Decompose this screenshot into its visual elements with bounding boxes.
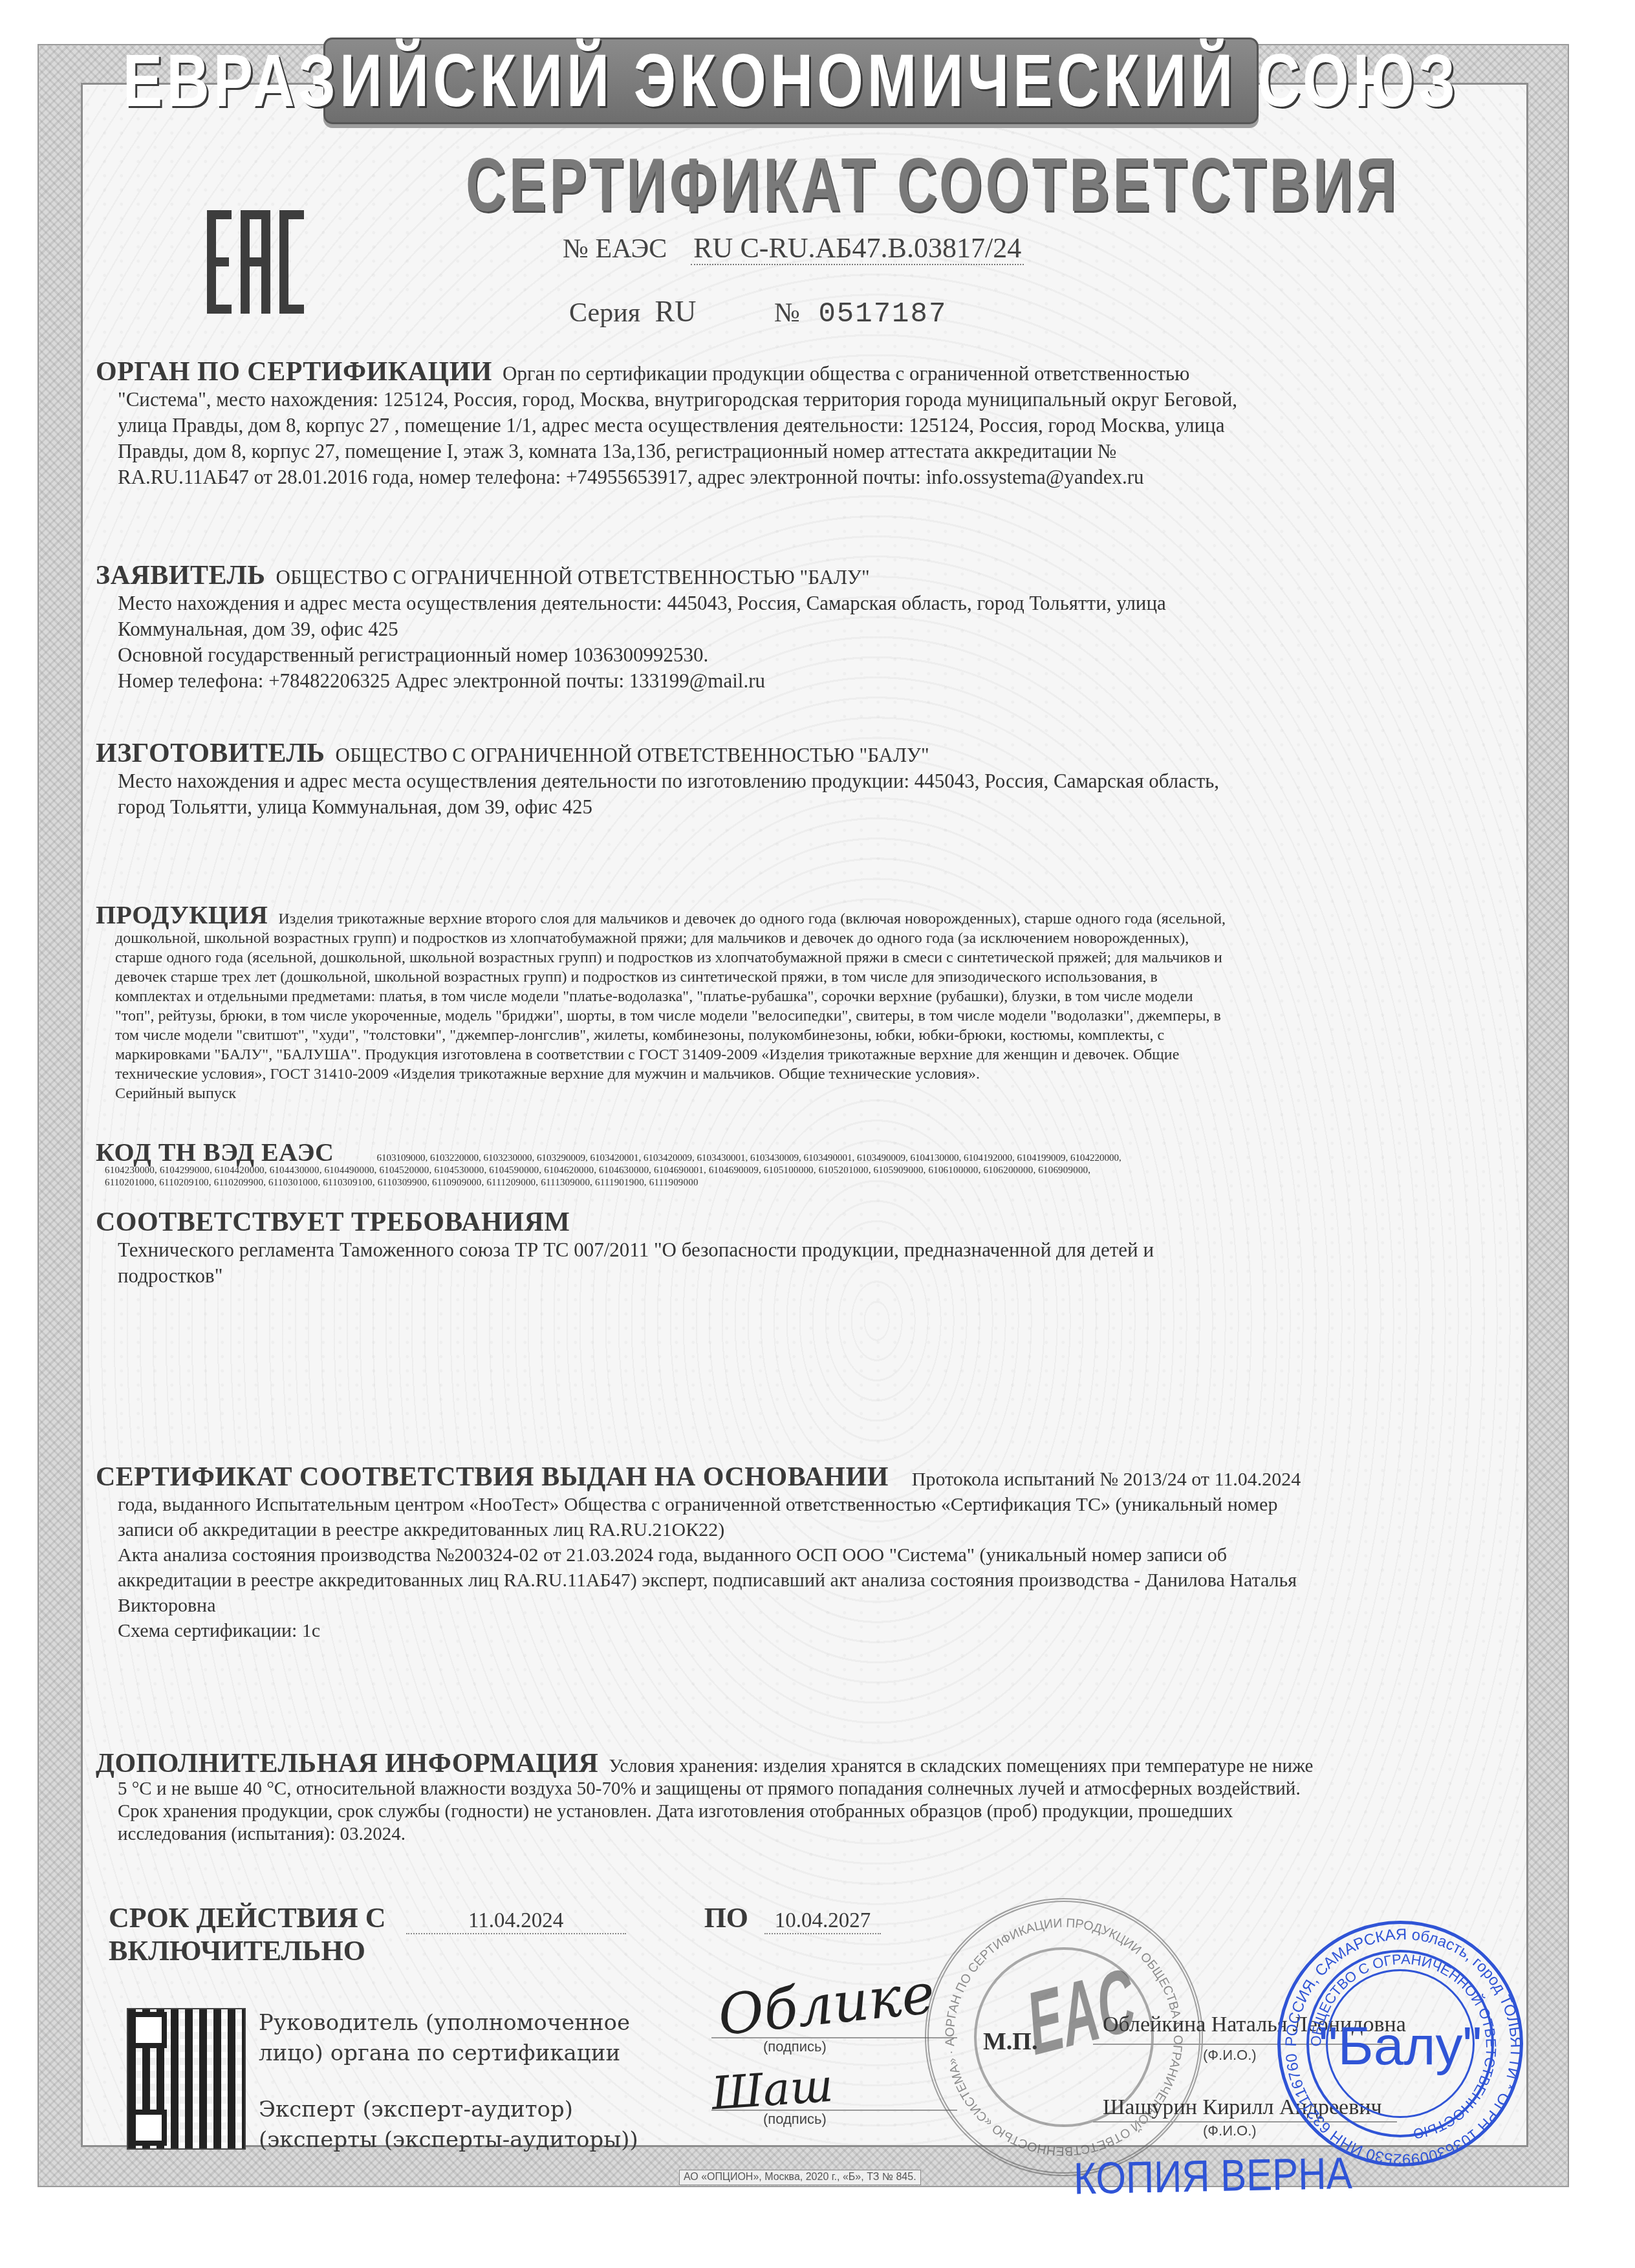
section-text: дошкольной, школьной возрастных групп) и… — [115, 929, 1493, 948]
section-manufacturer: ИЗГОТОВИТЕЛЬОБЩЕСТВО С ОГРАНИЧЕННОЙ ОТВЕ… — [96, 740, 1493, 820]
section-heading: СЕРТИФИКАТ СООТВЕТСТВИЯ ВЫДАН НА ОСНОВАН… — [96, 1462, 889, 1492]
section-text: Орган по сертификации продукции общества… — [503, 362, 1189, 385]
section-text: Условия хранения: изделия хранятся в скл… — [609, 1756, 1313, 1777]
section-text: маркировками "БАЛУ", "БАЛУША". Продукция… — [115, 1045, 1493, 1064]
section-text: город Тольятти, улица Коммунальная, дом … — [118, 794, 1493, 820]
section-heading: ЗАЯВИТЕЛЬ — [96, 561, 266, 590]
printer-mark: АО «ОПЦИОН», Москва, 2020 г., «Б», ТЗ № … — [679, 2170, 921, 2185]
section-text: Коммунальная, дом 39, офис 425 — [118, 616, 1493, 642]
section-text: Схема сертификации: 1с — [118, 1618, 1493, 1643]
section-tnved-codes: КОД ТН ВЭД ЕАЭС6103109000, 6103220000, 6… — [96, 1146, 1493, 1189]
section-text: Основной государственный регистрационный… — [118, 642, 1493, 668]
validity-to-label: ПО — [704, 1902, 748, 1934]
signatory-labels: Руководитель (уполномоченное лицо) орган… — [259, 2008, 638, 2155]
section-text: записи об аккредитации в реестре аккреди… — [118, 1517, 1493, 1542]
section-text: Серийный выпуск — [115, 1084, 1493, 1103]
section-text: улица Правды, дом 8, корпус 27 , помещен… — [118, 413, 1493, 438]
section-text: подростков" — [118, 1263, 1493, 1289]
eac-mark-icon — [207, 210, 304, 314]
validity-from-label: СРОК ДЕЙСТВИЯ С — [109, 1902, 386, 1934]
section-text: ОБЩЕСТВО С ОГРАНИЧЕННОЙ ОТВЕТСТВЕННОСТЬЮ… — [276, 566, 870, 589]
section-text: Технического регламента Таможенного союз… — [118, 1237, 1493, 1263]
section-text: технические условия», ГОСТ 31410-2009 «И… — [115, 1064, 1493, 1084]
registration-number: RU C-RU.АБ47.В.03817/24 — [691, 232, 1024, 265]
section-text: Место нахождения и адрес места осуществл… — [118, 768, 1493, 794]
section-applicant: ЗАЯВИТЕЛЬОБЩЕСТВО С ОГРАНИЧЕННОЙ ОТВЕТСТ… — [96, 563, 1493, 694]
registration-prefix: № ЕАЭС — [563, 234, 667, 264]
section-text: Протокола испытаний № 2013/24 от 11.04.2… — [912, 1469, 1301, 1490]
section-text: комплектах и отдельными предметами: плат… — [115, 987, 1493, 1006]
section-text: Правды, дом 8, корпус 27, помещение I, э… — [118, 438, 1493, 464]
section-text: исследования (испытания): 03.2024. — [118, 1823, 1493, 1846]
section-text: "Система", место нахождения: 125124, Рос… — [118, 387, 1493, 413]
section-text: Викторовна — [118, 1593, 1493, 1618]
signature-line — [711, 2037, 957, 2038]
section-heading: ДОПОЛНИТЕЛЬНАЯ ИНФОРМАЦИЯ — [96, 1749, 598, 1778]
section-text: "топ", рейтузы, брюки, в том числе укоро… — [115, 1006, 1493, 1026]
head-label: Руководитель (уполномоченное — [259, 2008, 638, 2038]
series-label: Серия — [569, 298, 640, 328]
section-text: том числе модели "свитшот", "худи", "тол… — [115, 1026, 1493, 1045]
section-text: Место нахождения и адрес места осуществл… — [118, 590, 1493, 616]
series-row: Серия RU № 0517187 — [569, 294, 947, 330]
validity-to-date: 10.04.2027 — [764, 1909, 881, 1934]
section-text: старше одного года (ясельной, дошкольной… — [115, 948, 1493, 967]
section-text: аккредитации в реестре аккредитованных л… — [118, 1568, 1493, 1593]
section-certification-body: ОРГАН ПО СЕРТИФИКАЦИИОрган по сертификац… — [96, 359, 1493, 490]
union-banner: ЕВРАЗИЙСКИЙ ЭКОНОМИЧЕСКИЙ СОЮЗ — [323, 38, 1259, 124]
signature-caption: (подпись) — [763, 2038, 827, 2055]
signature-caption: (подпись) — [763, 2111, 827, 2128]
section-issued-basis: СЕРТИФИКАТ СООТВЕТСТВИЯ ВЫДАН НА ОСНОВАН… — [96, 1465, 1493, 1643]
section-text: Акта анализа состояния производства №200… — [118, 1542, 1493, 1568]
company-seal-name: "Балу" — [1281, 2014, 1520, 2077]
section-heading: ИЗГОТОВИТЕЛЬ — [96, 739, 325, 768]
section-text: ОБЩЕСТВО С ОГРАНИЧЕННОЙ ОТВЕТСТВЕННОСТЬЮ… — [336, 744, 929, 766]
signature-line — [711, 2110, 957, 2111]
union-title: ЕВРАЗИЙСКИЙ ЭКОНОМИЧЕСКИЙ СОЮЗ — [123, 38, 1459, 123]
name-caption: (Ф.И.О.) — [1203, 2047, 1257, 2064]
validity-period: СРОК ДЕЙСТВИЯ С 11.04.2024 ПО 10.04.2027… — [109, 1901, 881, 1967]
company-seal: РОССИЯ, САМАРСКАЯ область, город ТОЛЬЯТТ… — [1277, 1921, 1523, 2166]
expert-label: Эксперт (эксперт-аудитор) — [259, 2095, 638, 2125]
section-requirements: СООТВЕТСТВУЕТ ТРЕБОВАНИЯМ Технического р… — [96, 1209, 1493, 1289]
qr-code-icon[interactable] — [127, 2008, 246, 2150]
section-additional-info: ДОПОЛНИТЕЛЬНАЯ ИНФОРМАЦИЯУсловия хранени… — [96, 1753, 1493, 1846]
code-list: 6110201000, 6110209100, 6110209900, 6110… — [105, 1177, 1493, 1189]
section-heading: СООТВЕТСТВУЕТ ТРЕБОВАНИЯМ — [96, 1207, 570, 1237]
certification-body-seal: ОРГАН ПО СЕРТИФИКАЦИИ ПРОДУКЦИИ ОБЩЕСТВА… — [925, 1898, 1203, 2176]
copy-certified-stamp: КОПИЯ ВЕРНА — [1073, 2148, 1352, 2205]
section-text: RA.RU.11АБ47 от 28.01.2016 года, номер т… — [118, 464, 1493, 490]
section-text: девочек старше трех лет (дошкольной, шко… — [115, 967, 1493, 987]
name-caption: (Ф.И.О.) — [1203, 2122, 1257, 2139]
blank-number: 0517187 — [818, 298, 947, 330]
code-list: 6103109000, 6103220000, 6103230000, 6103… — [377, 1153, 1121, 1163]
document-title: СЕРТИФИКАТ СООТВЕТСТВИЯ — [466, 143, 1190, 230]
code-list: 6104230000, 6104299000, 6104420000, 6104… — [105, 1165, 1493, 1177]
section-text: Срок хранения продукции, срок службы (го… — [118, 1800, 1493, 1823]
section-text: 5 °С и не выше 40 °С, относительной влаж… — [118, 1778, 1493, 1800]
section-product: ПРОДУКЦИЯИзделия трикотажные верхние вто… — [96, 905, 1493, 1103]
registration-number-row: № ЕАЭС RU C-RU.АБ47.В.03817/24 — [563, 232, 1024, 265]
section-heading: ПРОДУКЦИЯ — [96, 900, 268, 929]
blank-number-label: № — [774, 298, 800, 328]
section-text: Номер телефона: +78482206325 Адрес элект… — [118, 668, 1493, 694]
validity-from-date: 11.04.2024 — [406, 1909, 626, 1934]
section-heading: КОД ТН ВЭД ЕАЭС — [96, 1138, 334, 1167]
head-label: лицо) органа по сертификации — [259, 2038, 638, 2069]
series-value: RU — [655, 295, 696, 328]
section-heading: ОРГАН ПО СЕРТИФИКАЦИИ — [96, 357, 492, 387]
stamp-place-label: М.П. — [983, 2027, 1037, 2056]
section-text: Изделия трикотажные верхние второго слоя… — [278, 911, 1226, 927]
expert-label: (эксперты (эксперты-аудиторы)) — [259, 2125, 638, 2155]
validity-inclusive-label: ВКЛЮЧИТЕЛЬНО — [109, 1934, 881, 1967]
section-text: года, выданного Испытательным центром «Н… — [118, 1492, 1493, 1517]
